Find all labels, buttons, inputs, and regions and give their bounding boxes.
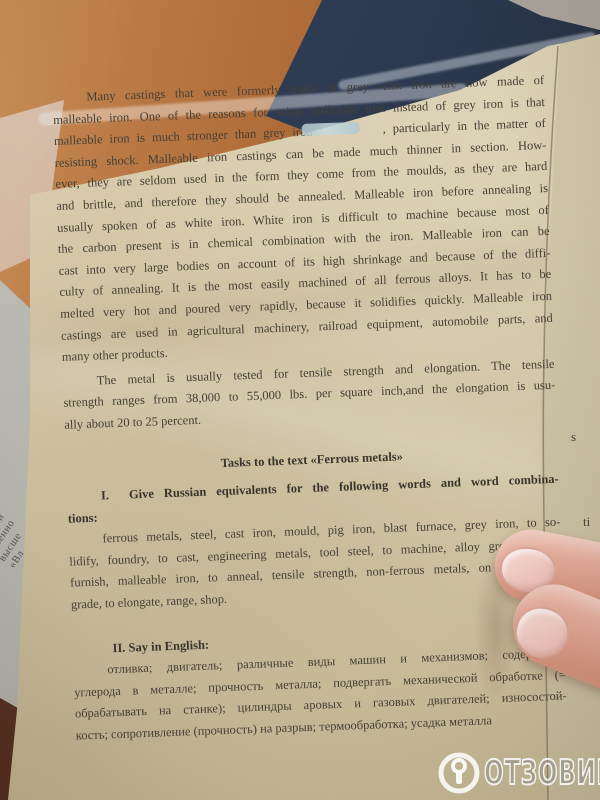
paragraph-tensile-strength: The metal is usually tested for tensile … <box>62 353 556 436</box>
otzovik-logo-icon <box>436 750 482 796</box>
next-page-text-fragment: s <box>571 429 576 445</box>
correction-fluid-smudge <box>301 122 359 136</box>
paragraph-malleable-iron: Many castings that were formerly made of… <box>52 70 554 369</box>
otzovik-watermark: ОТЗОВИК <box>436 750 600 796</box>
next-page-text-fragment: ti <box>583 514 590 530</box>
photo-of-textbook-page: ство поский инственновысше«Вл Many casti… <box>0 0 600 800</box>
watermark-text: ОТЗОВИК <box>484 751 600 795</box>
